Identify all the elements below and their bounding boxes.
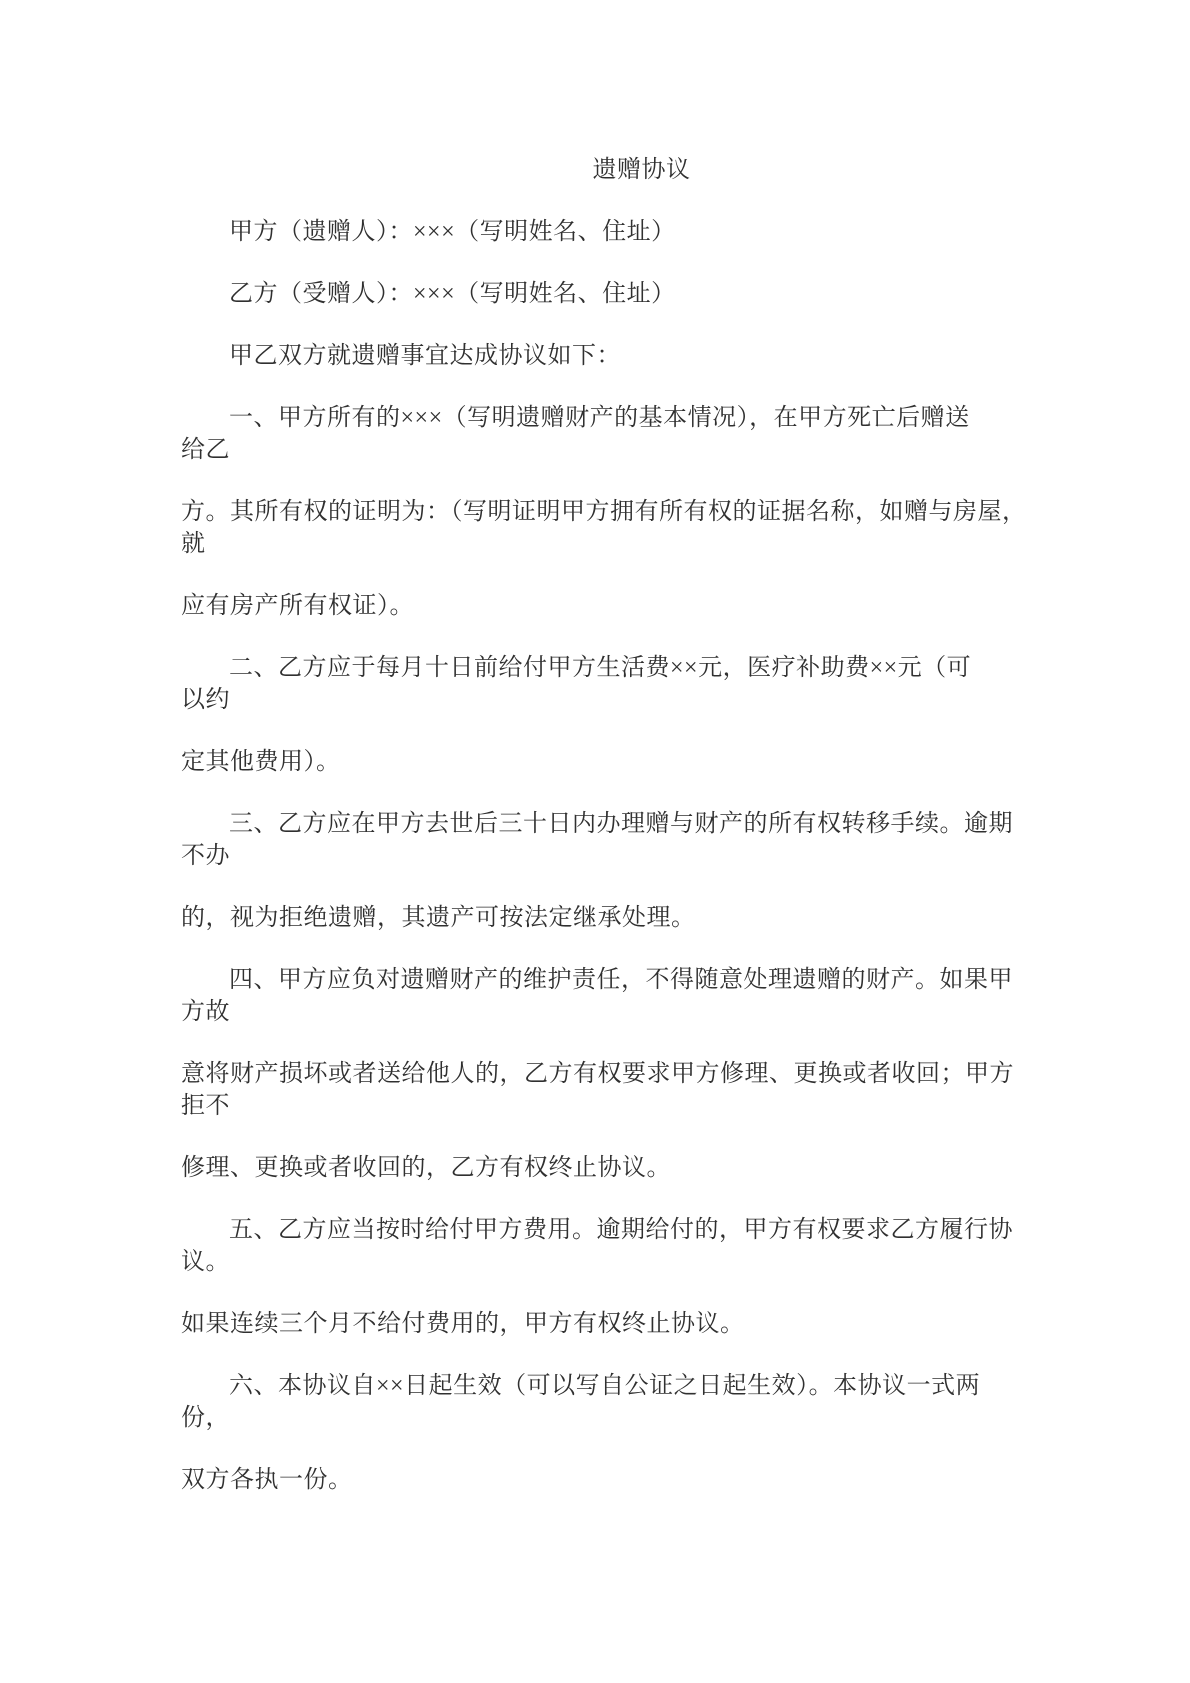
text-line: 如果连续三个月不给付费用的，甲方有权终止协议。 — [181, 1308, 1030, 1340]
text-line: 定其他费用）。 — [181, 746, 1030, 778]
text-line: 一、甲方所有的×××（写明遗赠财产的基本情况），在甲方死亡后赠送 — [181, 402, 1030, 434]
text-line: 份， — [181, 1402, 1030, 1434]
paragraph: 意将财产损坏或者送给他人的，乙方有权要求甲方修理、更换或者收回；甲方拒不 — [181, 1058, 1030, 1122]
paragraph: 修理、更换或者收回的，乙方有权终止协议。 — [181, 1152, 1030, 1184]
text-line: 六、本协议自××日起生效（可以写自公证之日起生效）。本协议一式两 — [181, 1370, 1030, 1402]
paragraph: 一、甲方所有的×××（写明遗赠财产的基本情况），在甲方死亡后赠送给乙 — [181, 402, 1030, 466]
text-line: 议。 — [181, 1246, 1030, 1278]
text-line: 乙方（受赠人）：×××（写明姓名、住址） — [181, 278, 1030, 310]
paragraph: 六、本协议自××日起生效（可以写自公证之日起生效）。本协议一式两份， — [181, 1370, 1030, 1434]
text-line: 拒不 — [181, 1090, 1030, 1122]
paragraph: 甲方（遗赠人）：×××（写明姓名、住址） — [181, 216, 1030, 248]
document-title: 遗赠协议 — [181, 154, 1030, 186]
paragraph: 四、甲方应负对遗赠财产的维护责任，不得随意处理遗赠的财产。如果甲方故 — [181, 964, 1030, 1028]
text-line: 三、乙方应在甲方去世后三十日内办理赠与财产的所有权转移手续。逾期 — [181, 808, 1030, 840]
text-line: 给乙 — [181, 434, 1030, 466]
paragraph: 双方各执一份。 — [181, 1464, 1030, 1496]
text-line: 不办 — [181, 840, 1030, 872]
text-line: 双方各执一份。 — [181, 1464, 1030, 1496]
text-line: 四、甲方应负对遗赠财产的维护责任，不得随意处理遗赠的财产。如果甲 — [181, 964, 1030, 996]
text-line: 甲乙双方就遗赠事宜达成协议如下： — [181, 340, 1030, 372]
text-line: 的，视为拒绝遗赠，其遗产可按法定继承处理。 — [181, 902, 1030, 934]
text-line: 应有房产所有权证）。 — [181, 590, 1030, 622]
paragraph: 方。其所有权的证明为：（写明证明甲方拥有所有权的证据名称，如赠与房屋，就 — [181, 496, 1030, 560]
text-line: 方。其所有权的证明为：（写明证明甲方拥有所有权的证据名称，如赠与房屋， — [181, 496, 1030, 528]
text-line: 五、乙方应当按时给付甲方费用。逾期给付的，甲方有权要求乙方履行协 — [181, 1214, 1030, 1246]
document-body: 甲方（遗赠人）：×××（写明姓名、住址）乙方（受赠人）：×××（写明姓名、住址）… — [181, 216, 1030, 1496]
paragraph: 应有房产所有权证）。 — [181, 590, 1030, 622]
paragraph: 三、乙方应在甲方去世后三十日内办理赠与财产的所有权转移手续。逾期不办 — [181, 808, 1030, 872]
paragraph: 如果连续三个月不给付费用的，甲方有权终止协议。 — [181, 1308, 1030, 1340]
document-page: 遗赠协议 甲方（遗赠人）：×××（写明姓名、住址）乙方（受赠人）：×××（写明姓… — [0, 0, 1190, 1683]
paragraph: 甲乙双方就遗赠事宜达成协议如下： — [181, 340, 1030, 372]
text-line: 方故 — [181, 996, 1030, 1028]
text-line: 以约 — [181, 684, 1030, 716]
paragraph: 乙方（受赠人）：×××（写明姓名、住址） — [181, 278, 1030, 310]
paragraph: 五、乙方应当按时给付甲方费用。逾期给付的，甲方有权要求乙方履行协议。 — [181, 1214, 1030, 1278]
paragraph: 定其他费用）。 — [181, 746, 1030, 778]
text-line: 修理、更换或者收回的，乙方有权终止协议。 — [181, 1152, 1030, 1184]
paragraph: 二、乙方应于每月十日前给付甲方生活费××元，医疗补助费××元（可以约 — [181, 652, 1030, 716]
text-line: 意将财产损坏或者送给他人的，乙方有权要求甲方修理、更换或者收回；甲方 — [181, 1058, 1030, 1090]
paragraph: 的，视为拒绝遗赠，其遗产可按法定继承处理。 — [181, 902, 1030, 934]
text-line: 就 — [181, 528, 1030, 560]
document-content: 遗赠协议 甲方（遗赠人）：×××（写明姓名、住址）乙方（受赠人）：×××（写明姓… — [0, 0, 1190, 1683]
text-line: 甲方（遗赠人）：×××（写明姓名、住址） — [181, 216, 1030, 248]
text-line: 二、乙方应于每月十日前给付甲方生活费××元，医疗补助费××元（可 — [181, 652, 1030, 684]
